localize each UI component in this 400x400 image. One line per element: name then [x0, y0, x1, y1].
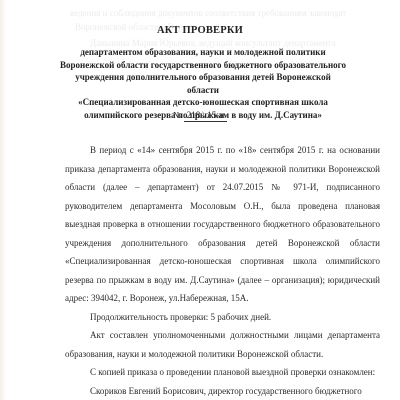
subtitle-line: учреждения дополнительного образования д… — [60, 71, 346, 96]
subtitle-line: Воронежской области государственного бюд… — [60, 59, 346, 72]
paragraph-inspection-period: В период с «14» сентября 2015 г. по «18»… — [65, 141, 380, 308]
paragraph-duration: Продолжительность проверки: 5 рабочих дн… — [65, 308, 380, 327]
paragraph-director: Скориков Евгений Борисович, директор гос… — [65, 382, 380, 400]
number-value: 218 \ 15-н — [184, 110, 227, 122]
number-sign: № — [173, 110, 182, 120]
document-number: № 218 \ 15-н — [0, 110, 400, 122]
subtitle-line: «Специализированная детско-юношеская спо… — [60, 96, 346, 109]
paragraph-compiled-by: Акт составлен уполномоченными должностны… — [65, 326, 380, 363]
document-body: В период с «14» сентября 2015 г. по «18»… — [65, 141, 380, 400]
subtitle-line: департаментом образования, науки и молод… — [60, 46, 346, 59]
bleed-through-text: ведения и соблюдения документов соответс… — [70, 8, 380, 18]
paragraph-order-copy: С копией приказа о проведении плановой в… — [65, 363, 380, 382]
document-title: АКТ ПРОВЕРКИ — [0, 25, 400, 36]
page-edge — [0, 0, 6, 400]
